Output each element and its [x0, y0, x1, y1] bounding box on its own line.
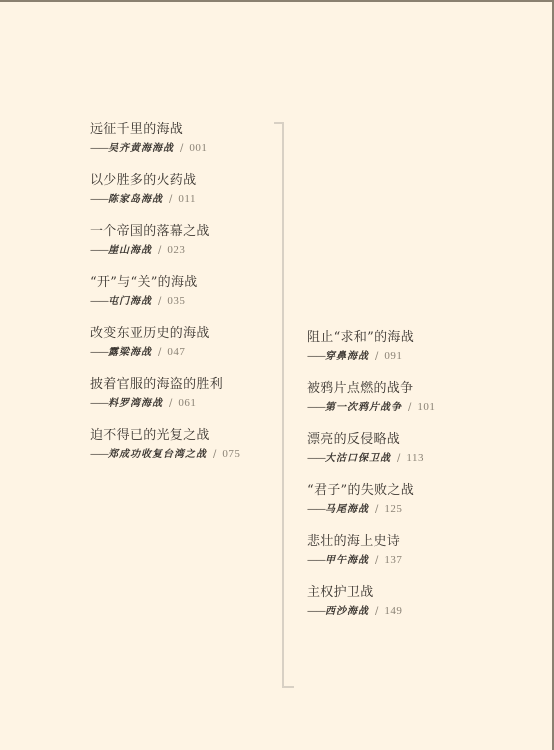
toc-entry-page: 125 [384, 503, 402, 515]
toc-entry[interactable]: 被鸦片点燃的战争 ——第一次鸦片战争/101 [307, 380, 435, 431]
toc-entry-subtitle-line: ——马尾海战/125 [307, 502, 435, 517]
toc-entry[interactable]: 远征千里的海战 ——吴齐黄海海战/001 [90, 121, 240, 172]
toc-entry-subtitle: 甲午海战 [325, 555, 369, 566]
toc-entry-title: 漂亮的反侵略战 [307, 431, 435, 449]
toc-entry-title: “君子”的失败之战 [307, 482, 435, 500]
toc-entry-page: 101 [417, 401, 435, 413]
toc-entry[interactable]: 一个帝国的落幕之战 ——崖山海战/023 [90, 223, 240, 274]
toc-entry-subtitle-line: ——第一次鸦片战争/101 [307, 400, 435, 415]
toc-entry-page: 011 [178, 193, 196, 205]
toc-entry-title: 一个帝国的落幕之战 [90, 223, 240, 241]
toc-entry-title: 迫不得已的光复之战 [90, 427, 240, 445]
toc-entry-page: 075 [222, 448, 240, 460]
toc-entry-subtitle: 陈家岛海战 [108, 194, 163, 205]
toc-entry-title: 主权护卫战 [307, 584, 435, 602]
toc-entry-page: 001 [189, 142, 207, 154]
toc-entry-page: 149 [384, 605, 402, 617]
toc-entry-subtitle-line: ——露梁海战/047 [90, 345, 240, 360]
toc-entry-subtitle: 马尾海战 [325, 504, 369, 515]
toc-entry-title: 远征千里的海战 [90, 121, 240, 139]
toc-entry-subtitle-line: ——甲午海战/137 [307, 553, 435, 568]
toc-entry[interactable]: 以少胜多的火药战 ——陈家岛海战/011 [90, 172, 240, 223]
toc-entry-subtitle: 大沽口保卫战 [325, 453, 391, 464]
column-divider-bracket [282, 122, 284, 688]
toc-entry-title: 阻止“求和”的海战 [307, 329, 435, 347]
toc-entry-page: 113 [406, 452, 424, 464]
toc-entry-subtitle: 吴齐黄海海战 [108, 143, 174, 154]
toc-entry-title: “开”与“关”的海战 [90, 274, 240, 292]
toc-entry-subtitle-line: ——穿鼻海战/091 [307, 349, 435, 364]
toc-entry-subtitle: 崖山海战 [108, 245, 152, 256]
toc-entry-title: 以少胜多的火药战 [90, 172, 240, 190]
toc-entry-subtitle-line: ——郑成功收复台湾之战/075 [90, 447, 240, 462]
toc-entry-subtitle-line: ——陈家岛海战/011 [90, 192, 240, 207]
toc-entry-page: 061 [178, 397, 196, 409]
toc-entry-subtitle: 郑成功收复台湾之战 [108, 449, 207, 460]
toc-entry-title: 被鸦片点燃的战争 [307, 380, 435, 398]
toc-entry-subtitle-line: ——大沽口保卫战/113 [307, 451, 435, 466]
toc-entry-title: 改变东亚历史的海战 [90, 325, 240, 343]
toc-entry-page: 091 [384, 350, 402, 362]
toc-entry[interactable]: 改变东亚历史的海战 ——露梁海战/047 [90, 325, 240, 376]
toc-entry-title: 披着官服的海盗的胜利 [90, 376, 240, 394]
toc-entry-page: 023 [167, 244, 185, 256]
toc-entry-subtitle: 第一次鸦片战争 [325, 402, 402, 413]
toc-entry-page: 047 [167, 346, 185, 358]
toc-entry-subtitle: 西沙海战 [325, 606, 369, 617]
toc-entry-subtitle: 露梁海战 [108, 347, 152, 358]
toc-entry-page: 035 [167, 295, 185, 307]
page-frame-top [0, 0, 554, 2]
toc-entry-subtitle-line: ——西沙海战/149 [307, 604, 435, 619]
toc-entry[interactable]: 悲壮的海上史诗 ——甲午海战/137 [307, 533, 435, 584]
toc-entry-subtitle: 屯门海战 [108, 296, 152, 307]
toc-entry-subtitle-line: ——崖山海战/023 [90, 243, 240, 258]
toc-entry-title: 悲壮的海上史诗 [307, 533, 435, 551]
toc-entry[interactable]: 漂亮的反侵略战 ——大沽口保卫战/113 [307, 431, 435, 482]
toc-entry[interactable]: 主权护卫战 ——西沙海战/149 [307, 584, 435, 635]
toc-entry-page: 137 [384, 554, 402, 566]
toc-left-column: 远征千里的海战 ——吴齐黄海海战/001 以少胜多的火药战 ——陈家岛海战/01… [90, 121, 240, 478]
toc-entry-subtitle: 料罗湾海战 [108, 398, 163, 409]
toc-right-column: 阻止“求和”的海战 ——穿鼻海战/091 被鸦片点燃的战争 ——第一次鸦片战争/… [307, 329, 435, 635]
toc-entry-subtitle-line: ——料罗湾海战/061 [90, 396, 240, 411]
bracket-bottom-tick [282, 686, 294, 688]
toc-entry-subtitle: 穿鼻海战 [325, 351, 369, 362]
toc-entry[interactable]: “开”与“关”的海战 ——屯门海战/035 [90, 274, 240, 325]
toc-entry-subtitle-line: ——屯门海战/035 [90, 294, 240, 309]
toc-entry[interactable]: 披着官服的海盗的胜利 ——料罗湾海战/061 [90, 376, 240, 427]
toc-entry[interactable]: 阻止“求和”的海战 ——穿鼻海战/091 [307, 329, 435, 380]
toc-entry[interactable]: “君子”的失败之战 ——马尾海战/125 [307, 482, 435, 533]
toc-entry[interactable]: 迫不得已的光复之战 ——郑成功收复台湾之战/075 [90, 427, 240, 478]
toc-entry-subtitle-line: ——吴齐黄海海战/001 [90, 141, 240, 156]
